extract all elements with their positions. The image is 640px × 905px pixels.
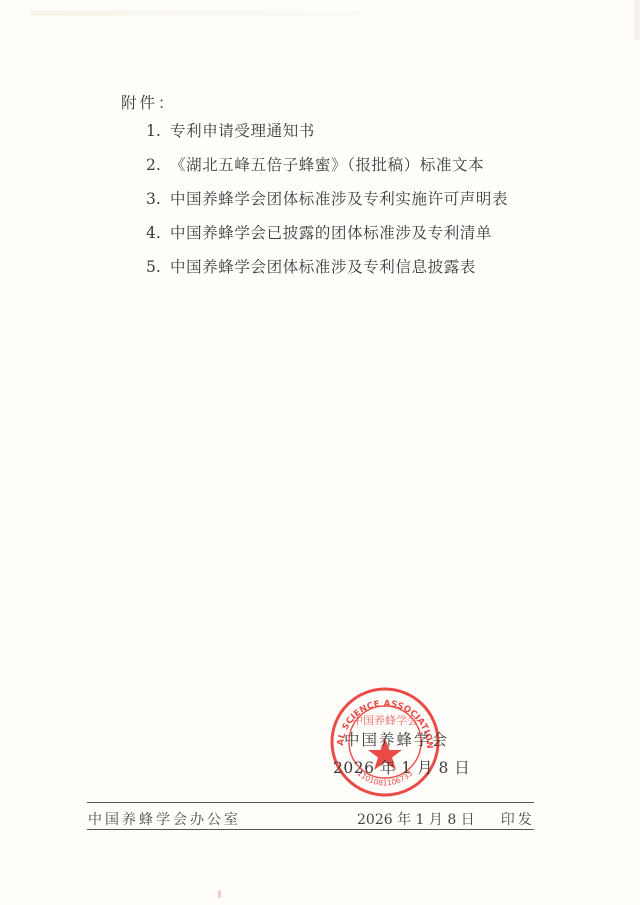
attachment-title: 专利申请受理通知书 (170, 119, 315, 153)
scan-bleed-through (30, 10, 360, 16)
footer-issue-info: 2026 年 1 月 8 日印发 (357, 809, 535, 829)
attachment-number: 2. (146, 153, 170, 187)
attachment-item: 1. 专利申请受理通知书 (146, 119, 508, 153)
attachment-number: 1. (146, 119, 170, 153)
attachment-item: 3. 中国养蜂学会团体标准涉及专利实施许可声明表 (146, 187, 508, 221)
signature-organization: 中国养蜂学会 (344, 728, 449, 750)
footer-date: 2026 年 1 月 8 日 (357, 812, 475, 828)
seal-inner-text: 中国养蜂学会 (352, 713, 418, 727)
attachment-number: 5. (146, 255, 170, 289)
attachment-title: 《湖北五峰五倍子蜂蜜》（报批稿）标准文本 (170, 153, 484, 187)
signature-date: 2026 年 1 月 8 日 (333, 756, 470, 778)
footer-top-rule (87, 802, 534, 803)
attachments-list: 1. 专利申请受理通知书 2. 《湖北五峰五倍子蜂蜜》（报批稿）标准文本 3. … (146, 119, 508, 289)
scan-artifact (218, 890, 221, 898)
attachment-item: 2. 《湖北五峰五倍子蜂蜜》（报批稿）标准文本 (146, 153, 508, 187)
attachment-number: 4. (146, 221, 170, 255)
attachment-item: 5. 中国养蜂学会团体标准涉及专利信息披露表 (146, 255, 508, 289)
attachment-title: 中国养蜂学会团体标准涉及专利信息披露表 (170, 255, 476, 289)
attachment-title: 中国养蜂学会已披露的团体标准涉及专利清单 (170, 221, 492, 255)
footer-office: 中国养蜂学会办公室 (88, 809, 241, 829)
attachments-heading: 附件： (121, 91, 177, 113)
attachment-title: 中国养蜂学会团体标准涉及专利实施许可声明表 (170, 187, 508, 221)
footer-issued-label: 印发 (501, 812, 535, 828)
attachment-number: 3. (146, 187, 170, 221)
attachment-item: 4. 中国养蜂学会已披露的团体标准涉及专利清单 (146, 221, 508, 255)
footer-bottom-rule (87, 829, 534, 830)
scan-edge-shadow (634, 0, 640, 40)
